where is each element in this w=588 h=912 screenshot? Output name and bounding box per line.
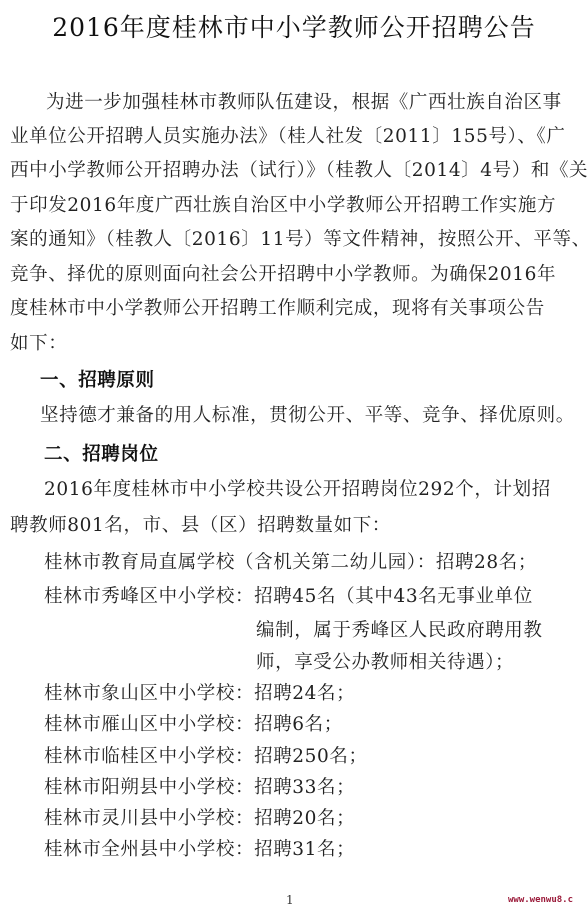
quota-unit: 桂林市雁山区中小学校： [44, 714, 254, 735]
quota-value: 招聘6名； [254, 714, 343, 735]
quota-unit: 桂林市灵川县中小学校： [44, 808, 254, 829]
quota-unit: 桂林市阳朔县中小学校： [44, 777, 254, 798]
quota-value: 招聘45名（其中43名无事业单位 [254, 586, 533, 607]
quota-value: 招聘24名； [254, 683, 355, 704]
section-body: 坚持德才兼备的用人标准，贯彻公开、平等、竞争、择优原则。 [40, 401, 575, 427]
quota-value: 招聘33名； [254, 777, 355, 798]
quota-unit: 桂林市秀峰区中小学校： [44, 586, 254, 607]
quota-unit: 桂林市临桂区中小学校： [44, 746, 254, 767]
quota-value: 招聘31名； [254, 839, 355, 860]
intro-line: 为进一步加强桂林市教师队伍建设，根据《广西壮族自治区事 [46, 88, 562, 114]
document-title: 2016年度桂林市中小学教师公开招聘公告 [0, 8, 588, 44]
quota-item: 桂林市灵川县中小学校：招聘20名； [44, 804, 355, 830]
quota-item: 桂林市阳朔县中小学校：招聘33名； [44, 773, 355, 799]
quota-value: 招聘250名； [254, 746, 368, 767]
intro-line: 业单位公开招聘人员实施办法》（桂人社发〔2011〕155号）、《广 [10, 122, 565, 148]
quota-item: 桂林市全州县中小学校：招聘31名； [44, 835, 355, 861]
quota-item: 桂林市教育局直属学校（含机关第二幼儿园）：招聘28名； [44, 548, 537, 574]
section-body: 2016年度桂林市中小学校共设公开招聘岗位292个，计划招 [44, 475, 551, 501]
quota-item: 桂林市秀峰区中小学校：招聘45名（其中43名无事业单位 [44, 582, 533, 608]
quota-continuation: 编制，属于秀峰区人民政府聘用教 [256, 616, 543, 642]
intro-line: 度桂林市中小学教师公开招聘工作顺利完成，现将有关事项公告 [10, 294, 545, 320]
quota-item: 桂林市象山区中小学校：招聘24名； [44, 679, 355, 705]
intro-line: 竞争、择优的原则面向社会公开招聘中小学教师。为确保2016年 [10, 260, 556, 286]
quota-value: 招聘20名； [254, 808, 355, 829]
intro-line: 于印发2016年度广西壮族自治区中小学教师公开招聘工作实施方 [10, 191, 556, 217]
intro-line: 西中小学教师公开招聘办法（试行）》（桂教人〔2014〕4号）和《关 [10, 156, 588, 182]
quota-unit: 桂林市象山区中小学校： [44, 683, 254, 704]
quota-continuation: 师，享受公办教师相关待遇）； [256, 648, 514, 674]
page-number: 1 [286, 893, 294, 907]
section-body: 聘教师801名，市、县（区）招聘数量如下： [10, 511, 391, 537]
intro-line: 如下： [10, 329, 67, 355]
watermark: www.wenwu8.c [508, 895, 573, 905]
section-heading: 二、招聘岗位 [44, 440, 159, 466]
intro-line: 案的通知》（桂教人〔2016〕11号）等文件精神，按照公开、平等、 [10, 225, 588, 251]
quota-unit: 桂林市全州县中小学校： [44, 839, 254, 860]
quota-item: 桂林市临桂区中小学校：招聘250名； [44, 742, 368, 768]
quota-unit: 桂林市教育局直属学校（含机关第二幼儿园）： [44, 552, 436, 573]
quota-item: 桂林市雁山区中小学校：招聘6名； [44, 710, 343, 736]
section-heading: 一、招聘原则 [40, 366, 155, 392]
quota-value: 招聘28名； [436, 552, 537, 573]
